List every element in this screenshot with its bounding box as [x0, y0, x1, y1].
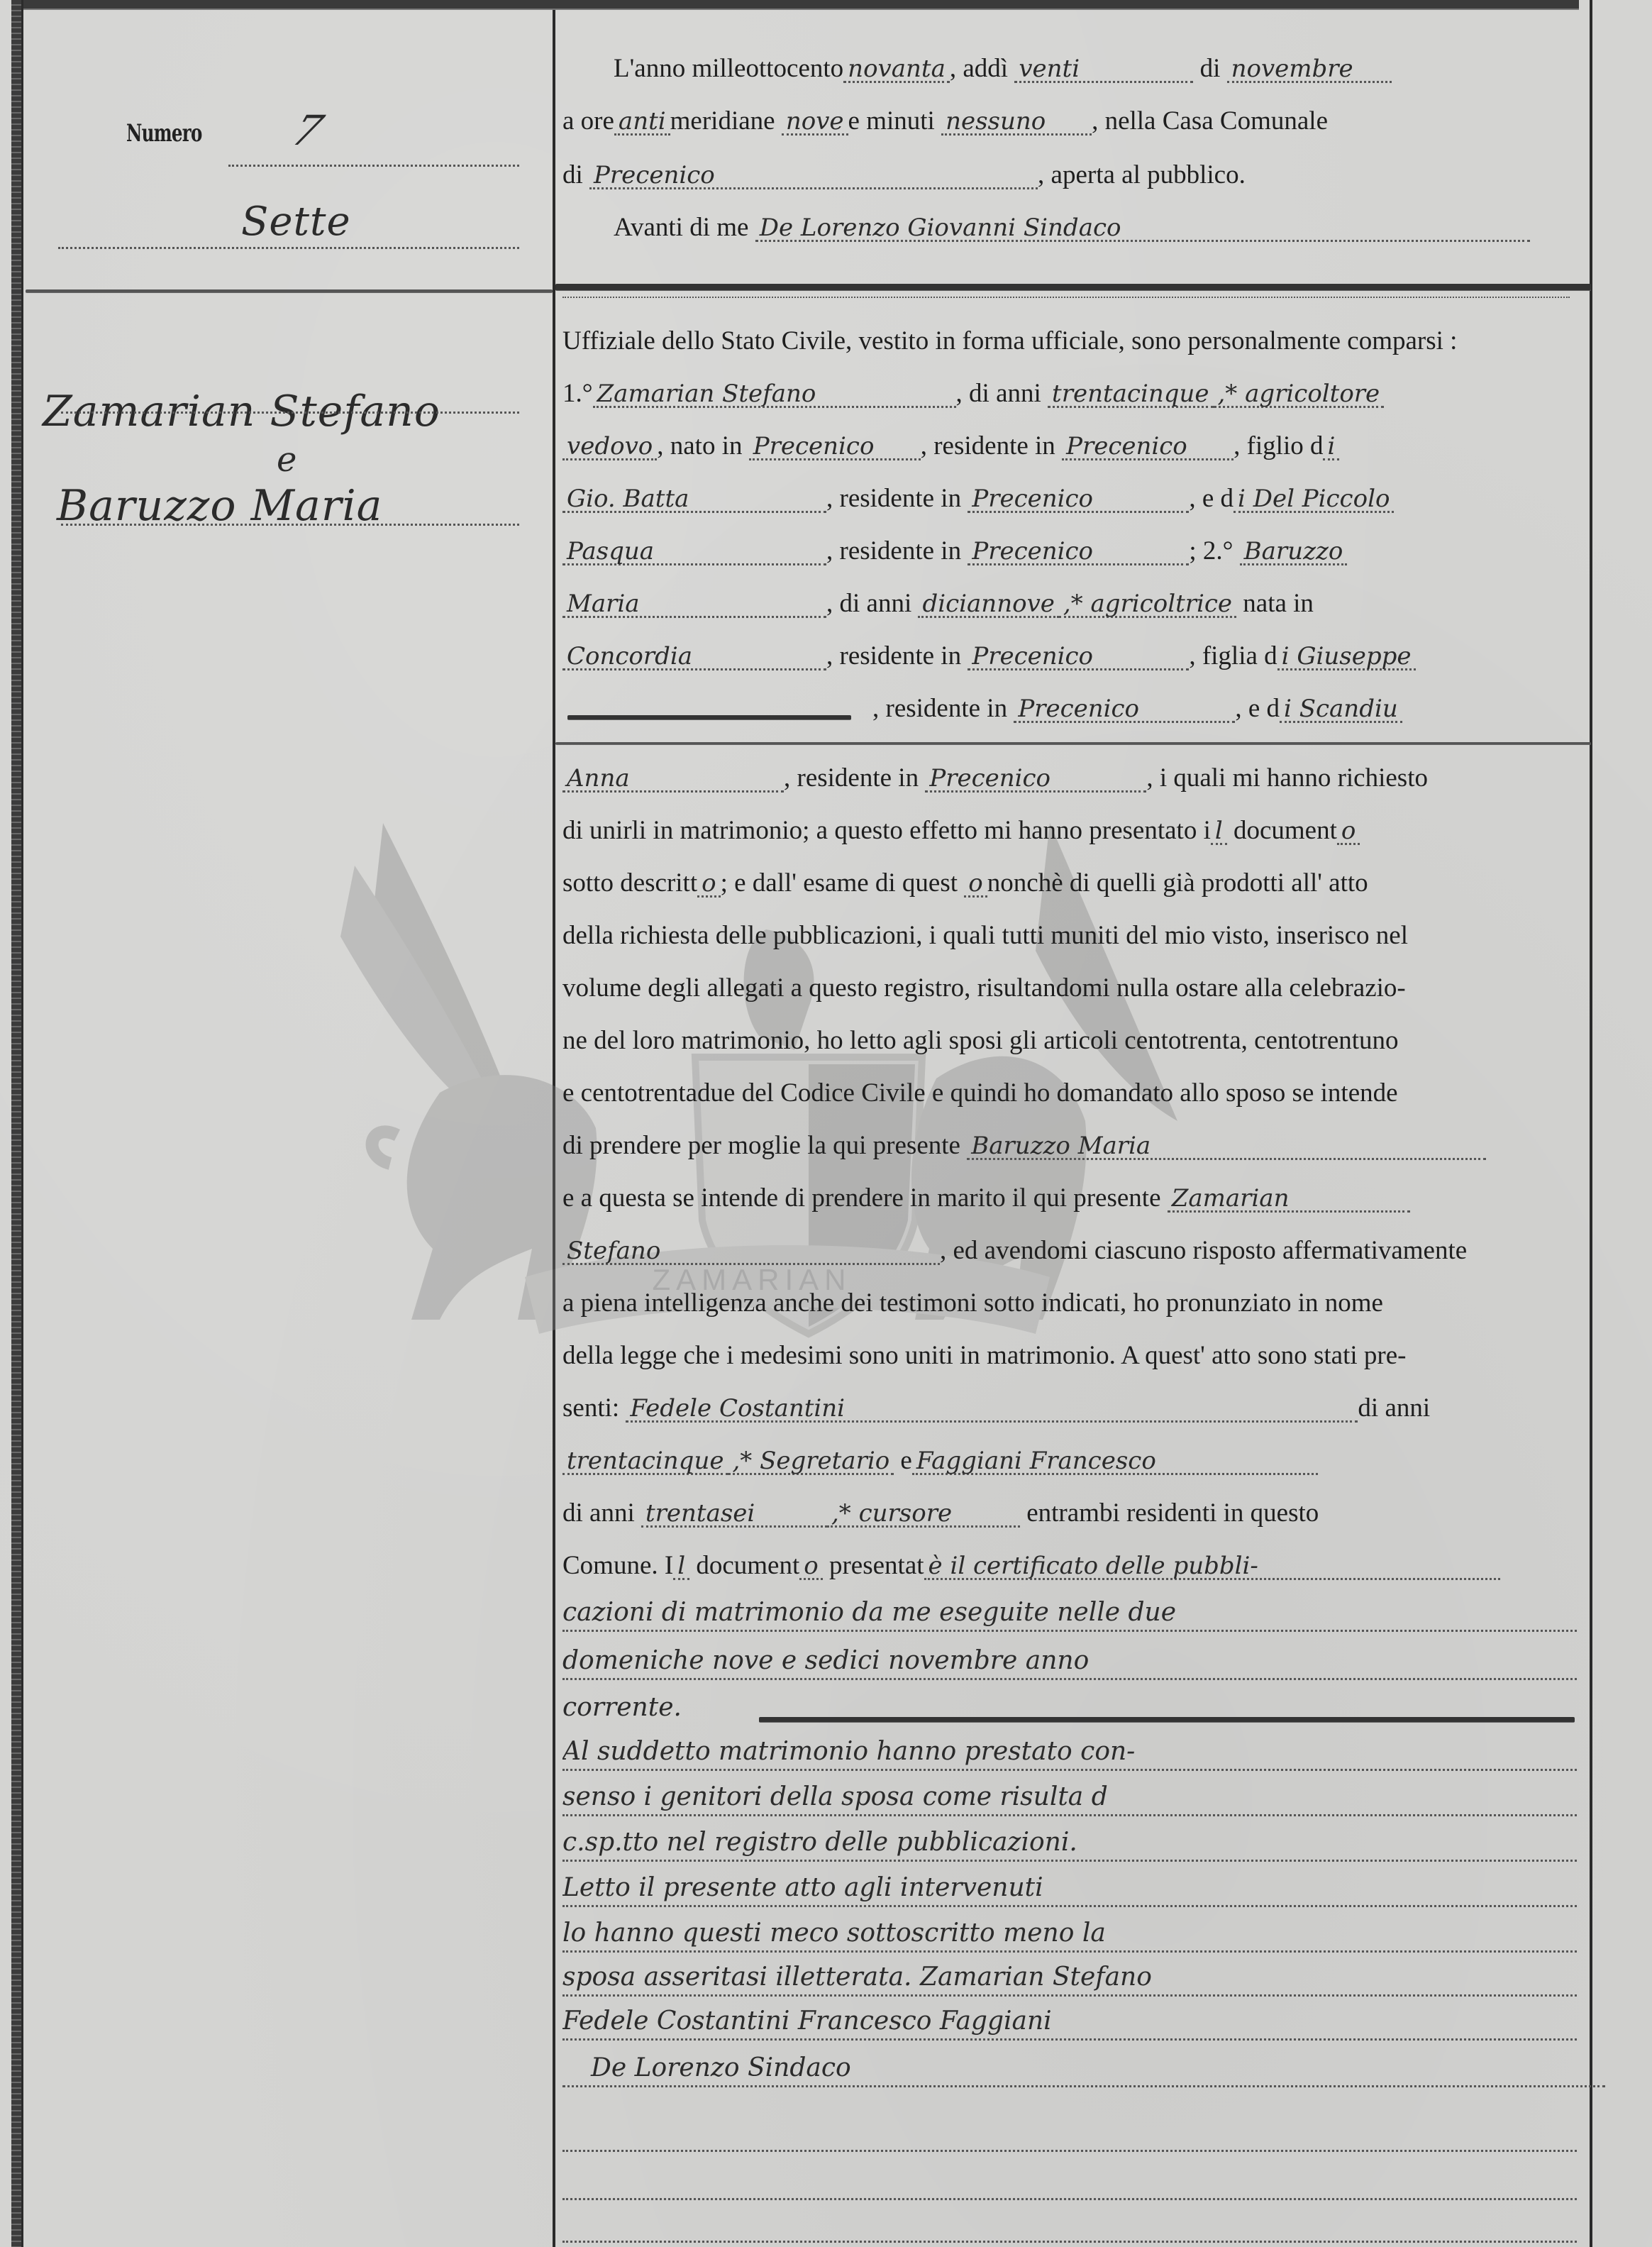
body-line-10: Maria, di anni diciannove,* agricoltrice…: [562, 590, 1577, 618]
groom-field: Zamarian Stefano: [593, 382, 956, 408]
witness1-field: Fedele Costantini: [626, 1396, 1358, 1423]
blank-dotline: [562, 2241, 1577, 2243]
bride-field-a: Baruzzo: [1240, 539, 1348, 565]
ante-field: anti: [614, 109, 670, 136]
body-line-19: e centotrentadue del Codice Civile e qui…: [562, 1080, 1577, 1106]
body-line-14: di unirli in matrimonio; a questo effett…: [562, 817, 1577, 845]
bride-job-field: ,* agricoltrice: [1059, 592, 1236, 618]
year-field: novanta: [843, 57, 950, 83]
column-divider: [553, 10, 555, 2247]
blank-dotline: [562, 2150, 1577, 2152]
body-line-24: della legge che i medesimi sono uniti in…: [562, 1342, 1577, 1369]
body-line-13: Anna, residente in Precenico, i quali mi…: [562, 765, 1577, 793]
bride-field-b: Maria: [562, 592, 826, 618]
body-line-26: trentacinque,* Segretario eFaggiani Fran…: [562, 1447, 1577, 1475]
body-line-5: Uffiziale dello Stato Civile, vestito in…: [562, 328, 1577, 354]
numero-words-dotline: [58, 247, 519, 249]
numero-dotline: [228, 165, 519, 167]
groom-status-field: vedovo: [562, 434, 657, 460]
groom-mother-res-field: Precenico: [968, 539, 1189, 565]
bride-mother-field-b: Anna: [562, 766, 784, 793]
body-line-25: senti: Fedele Costantinidi anni: [562, 1395, 1577, 1423]
header-line-1: L'anno milleottocentonovanta, addì venti…: [614, 55, 1628, 83]
struck-field-bar: [567, 715, 851, 720]
signature-officer: De Lorenzo Sindaco: [562, 2053, 1605, 2087]
body-line-22: Stefano, ed avendomi ciascuno risposto a…: [562, 1237, 1577, 1265]
handwritten-line: domeniche nove e sedici novembre anno: [562, 1646, 1577, 1680]
officer-field: De Lorenzo Giovanni Sindaco: [755, 216, 1530, 242]
handwritten-line: c.sp.tto nel registro delle pubblicazion…: [562, 1828, 1577, 1862]
body-line-15: sotto descritto; e dall' esame di quest …: [562, 870, 1577, 898]
witness2-age-field: trentasei: [641, 1501, 827, 1528]
left-ornamental-border: [11, 0, 23, 2247]
handwritten-line: cazioni di matrimonio da me eseguite nel…: [562, 1598, 1577, 1632]
groom-name-field-b: Stefano: [562, 1239, 940, 1265]
body-line-6: 1.°Zamarian Stefano, di anni trentacinqu…: [562, 380, 1577, 408]
bride-name-dotline: [61, 524, 519, 526]
handwritten-line: Letto il presente atto agli intervenuti: [562, 1873, 1577, 1907]
witness2-field: Faggiani Francesco: [912, 1449, 1318, 1475]
header-line-2: a oreantimeridiane novee minuti nessuno,…: [562, 108, 1577, 136]
body-line-27: di anni trentasei,* cursore entrambi res…: [562, 1500, 1577, 1528]
body-line-21: e a questa se intende di prendere in mar…: [562, 1185, 1577, 1213]
body-line-11: Concordia, residente in Precenico, figli…: [562, 643, 1577, 670]
right-border: [1590, 0, 1592, 2247]
header-line-3: di Precenico, aperta al pubblico.: [562, 162, 1577, 189]
groom-age-field: trentacinque: [1048, 382, 1213, 408]
body-line-12: , residente in Precenico, e di Scandiu: [872, 695, 1582, 723]
header-rule: [555, 284, 1591, 291]
left-section-rule: [26, 289, 553, 293]
top-border: [18, 0, 1579, 10]
body-line-16: della richiesta delle pubblicazioni, i q…: [562, 922, 1577, 949]
handwritten-line: senso i genitori della sposa come risult…: [562, 1782, 1577, 1816]
body-line-18: ne del loro matrimonio, ho letto agli sp…: [562, 1027, 1577, 1054]
groom-job-field: ,* agricoltore: [1214, 382, 1385, 408]
groom-birthplace-field: Precenico: [749, 434, 921, 460]
closing-bar: [759, 1717, 1575, 1723]
groom-father-field: Gio. Batta: [562, 487, 826, 513]
day-field: venti: [1014, 57, 1193, 83]
header-line-4: Avanti di me De Lorenzo Giovanni Sindaco: [614, 214, 1628, 242]
bride-father-field: i Giuseppe: [1277, 644, 1416, 670]
witness1-age-field: trentacinque: [562, 1449, 728, 1475]
witness2-job-field: ,* cursore: [827, 1501, 1020, 1528]
bride-mother-res-field: Precenico: [925, 766, 1146, 793]
town-field: Precenico: [589, 163, 1038, 189]
groom-mother-field-b: Pasqua: [562, 539, 826, 565]
bride-age-field: diciannove: [918, 592, 1058, 618]
header-rule-dotline: [562, 297, 1570, 298]
body-line-7: vedovo, nato in Precenico, residente in …: [562, 433, 1577, 460]
numero-value: 7: [286, 106, 331, 155]
groom-name-dotline: [61, 412, 519, 414]
month-field: novembre: [1227, 57, 1392, 83]
body-line-9: Pasqua, residente in Precenico; 2.° Baru…: [562, 538, 1577, 565]
bride-birthplace-field: Concordia: [562, 644, 826, 670]
hour-field: nove: [782, 109, 848, 136]
body-line-8: Gio. Batta, residente in Precenico, e di…: [562, 485, 1577, 513]
parties-rule: [555, 742, 1591, 745]
groom-father-res-field: Precenico: [968, 487, 1189, 513]
body-line-28: Comune. Il documento presentatè il certi…: [562, 1552, 1577, 1580]
signature-witnesses: Fedele Costantini Francesco Faggiani: [562, 2006, 1577, 2041]
minutes-field: nessuno: [941, 109, 1092, 136]
numero-words: Sette: [241, 199, 351, 245]
final-docs-field: è il certificato delle pubbli-: [924, 1554, 1500, 1580]
blank-dotline: [562, 2198, 1577, 2200]
witness1-job-field: ,* Segretario: [728, 1449, 894, 1475]
body-line-20: di prendere per moglie la qui presente B…: [562, 1132, 1577, 1160]
conjunction-e: e: [277, 440, 297, 480]
body-line-17: volume degli allegati a questo registro,…: [562, 975, 1577, 1001]
groom-name-field-a: Zamarian: [1168, 1186, 1410, 1213]
groom-mother-field-a: i Del Piccolo: [1234, 487, 1394, 513]
bride-name-field: Baruzzo Maria: [967, 1134, 1486, 1160]
groom-residence-field: Precenico: [1062, 434, 1234, 460]
bride-father-res-field: Precenico: [1014, 697, 1235, 723]
body-line-23: a piena intelligenza anche dei testimoni…: [562, 1290, 1577, 1316]
numero-label: Numero: [126, 119, 202, 148]
document-page: ZAMARIAN Numero 7 Sette Zamarian Stefano…: [0, 0, 1652, 2247]
handwritten-line: lo hanno questi meco sottoscritto meno l…: [562, 1918, 1577, 1953]
handwritten-line: Al suddetto matrimonio hanno prestato co…: [562, 1737, 1577, 1771]
bride-residence-field: Precenico: [968, 644, 1189, 670]
bride-mother-field-a: i Scandiu: [1280, 697, 1402, 723]
handwritten-line: sposa asseritasi illetterata. Zamarian S…: [562, 1962, 1577, 1997]
